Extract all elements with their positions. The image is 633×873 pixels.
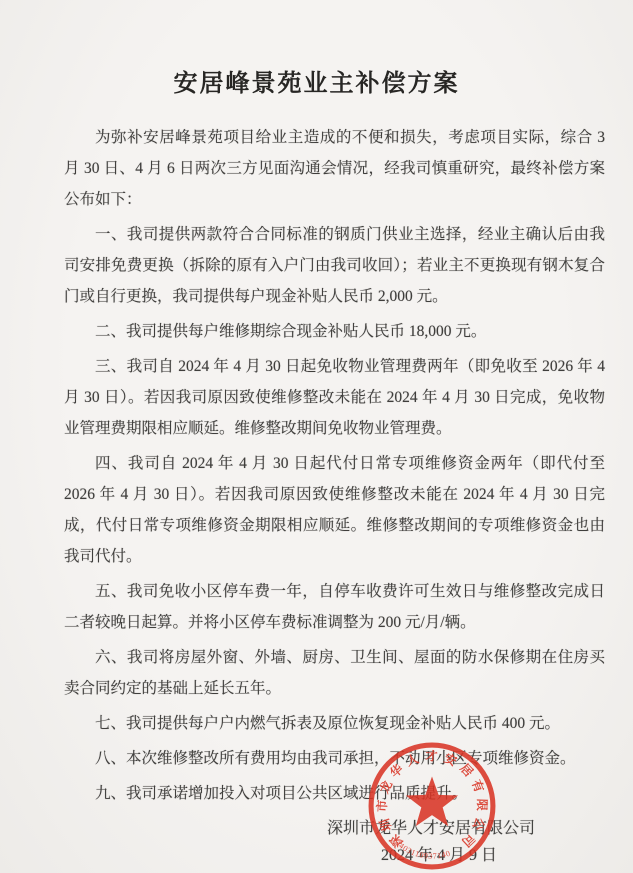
compensation-item-2: 二、我司提供每户维修期综合现金补贴人民币 18,000 元。 bbox=[64, 316, 605, 347]
document-body: 为弥补安居峰景苑项目给业主造成的不便和损失，考虑项目实际，综合 3 月 30 日… bbox=[64, 122, 605, 869]
compensation-item-3: 三、我司自 2024 年 4 月 30 日起免收物业管理费两年（即免收至 202… bbox=[64, 351, 605, 444]
compensation-item-6: 六、我司将房屋外窗、外墙、厨房、卫生间、屋面的防水保修期在住房买卖合同约定的基础… bbox=[64, 642, 605, 704]
compensation-item-9: 九、我司承诺增加投入对项目公共区域进行品质提升。 bbox=[64, 778, 605, 809]
signature-date: 2024 年 4 月 9 日 bbox=[64, 842, 605, 869]
compensation-item-8: 八、本次维修整改所有费用均由我司承担，不动用小区专项维修资金。 bbox=[64, 743, 605, 774]
document-page: 安居峰景苑业主补偿方案 为弥补安居峰景苑项目给业主造成的不便和损失，考虑项目实际… bbox=[0, 0, 633, 873]
compensation-item-1: 一、我司提供两款符合合同标准的钢质门供业主选择，经业主确认后由我司安排免费更换（… bbox=[64, 219, 605, 312]
compensation-item-4: 四、我司自 2024 年 4 月 30 日起代付日常专项维修资金两年（即代付至 … bbox=[64, 448, 605, 572]
signature-block: 深圳市龙华人才安居有限公司 2024 年 4 月 9 日 bbox=[64, 815, 605, 869]
compensation-item-5: 五、我司免收小区停车费一年，自停车收费许可生效日与维修整改完成日二者较晚日起算。… bbox=[64, 576, 605, 638]
document-title: 安居峰景苑业主补偿方案 bbox=[0, 0, 633, 98]
signature-company-name: 深圳市龙华人才安居有限公司 bbox=[64, 815, 605, 842]
intro-paragraph: 为弥补安居峰景苑项目给业主造成的不便和损失，考虑项目实际，综合 3 月 30 日… bbox=[64, 122, 605, 215]
compensation-item-7: 七、我司提供每户户内燃气拆表及原位恢复现金补贴人民币 400 元。 bbox=[64, 708, 605, 739]
